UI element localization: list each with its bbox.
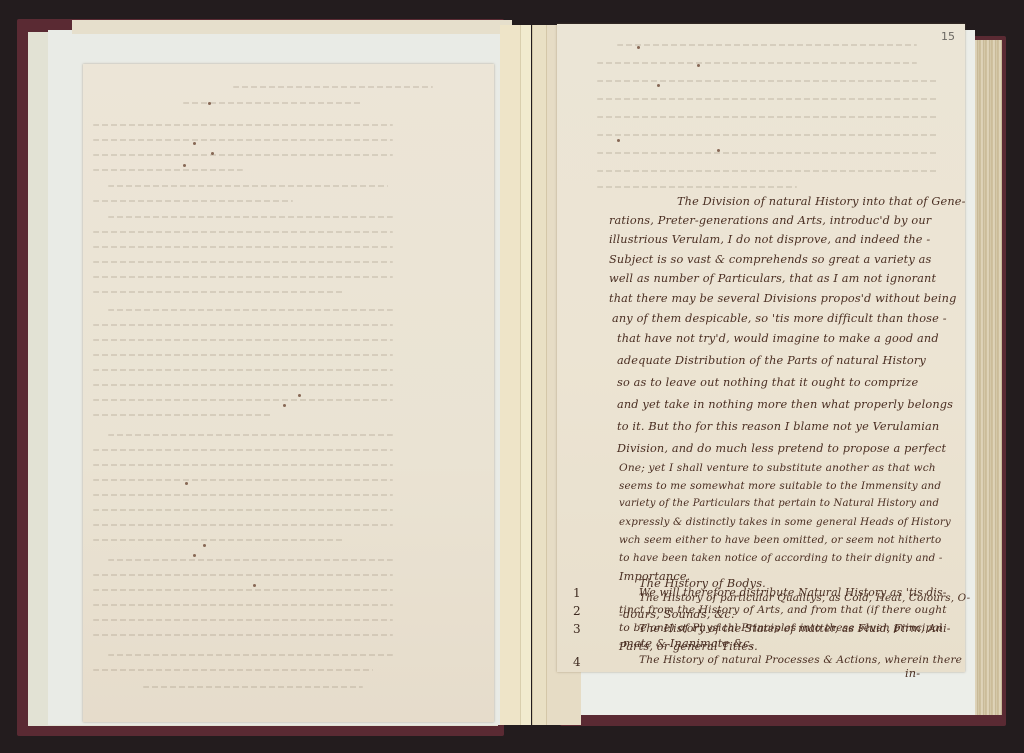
manuscript-line: so as to leave out nothing that it ought…	[617, 376, 965, 389]
margin-number: 3	[573, 622, 581, 636]
manuscript-line: and yet take in nothing more then what p…	[617, 398, 965, 411]
gutter-strip	[500, 25, 520, 725]
manuscript-line: The Division of natural History into tha…	[677, 195, 965, 208]
folio-number: 15	[941, 30, 955, 43]
margin-number: 4	[573, 655, 581, 669]
manuscript-line: adequate Distribution of the Parts of na…	[617, 354, 965, 367]
manuscript-line: The History of the States of matter, as …	[639, 622, 989, 635]
gutter-strip	[532, 25, 547, 725]
margin-number: 1	[573, 586, 581, 600]
margin-number: 2	[573, 604, 581, 618]
manuscript-list: The History of Bodys. 1 The History of p…	[557, 572, 965, 672]
gutter-strip	[520, 25, 531, 725]
manuscript-line: to have been taken notice of according t…	[619, 552, 965, 564]
manuscript-line: The History of natural Processes & Actio…	[639, 654, 989, 666]
manuscript-line: that there may be several Divisions prop…	[609, 292, 959, 305]
manuscript-line: illustrious Verulam, I do not disprove, …	[609, 233, 959, 246]
manuscript-line: any of them despicable, so 'tis more dif…	[612, 312, 962, 325]
manuscript-line: -mate & Inanimate &c.	[619, 637, 969, 650]
manuscript-line: The History of particular Qualitys, as C…	[639, 592, 989, 604]
leaf-edge-left	[72, 20, 512, 34]
manuscript-line: seems to me somewhat more suitable to th…	[619, 480, 965, 492]
manuscript-line: variety of the Particulars that pertain …	[619, 498, 965, 509]
manuscript-line: expressly & distinctly takes in some gen…	[619, 516, 965, 528]
manuscript-line: wch seem either to have been omitted, or…	[619, 534, 965, 546]
manuscript-line: One; yet I shall venture to substitute a…	[619, 462, 965, 474]
manuscript-line: Subject is so vast & comprehends so grea…	[609, 253, 959, 266]
manuscript-line: to it. But tho for this reason I blame n…	[617, 420, 965, 433]
manuscript-line: Division, and do much less pretend to pr…	[617, 442, 965, 455]
manuscript-line: rations, Preter-generations and Arts, in…	[609, 214, 959, 227]
manuscript-line: that have not try'd, would imagine to ma…	[617, 332, 965, 345]
manuscript-line: well as number of Particulars, that as I…	[609, 272, 959, 285]
left-manuscript-page	[83, 64, 494, 722]
manuscript-line: -dours, Sounds, &c.	[619, 608, 969, 621]
manuscript-line: The History of Bodys.	[639, 577, 989, 590]
manuscript-line: in-	[905, 667, 945, 680]
